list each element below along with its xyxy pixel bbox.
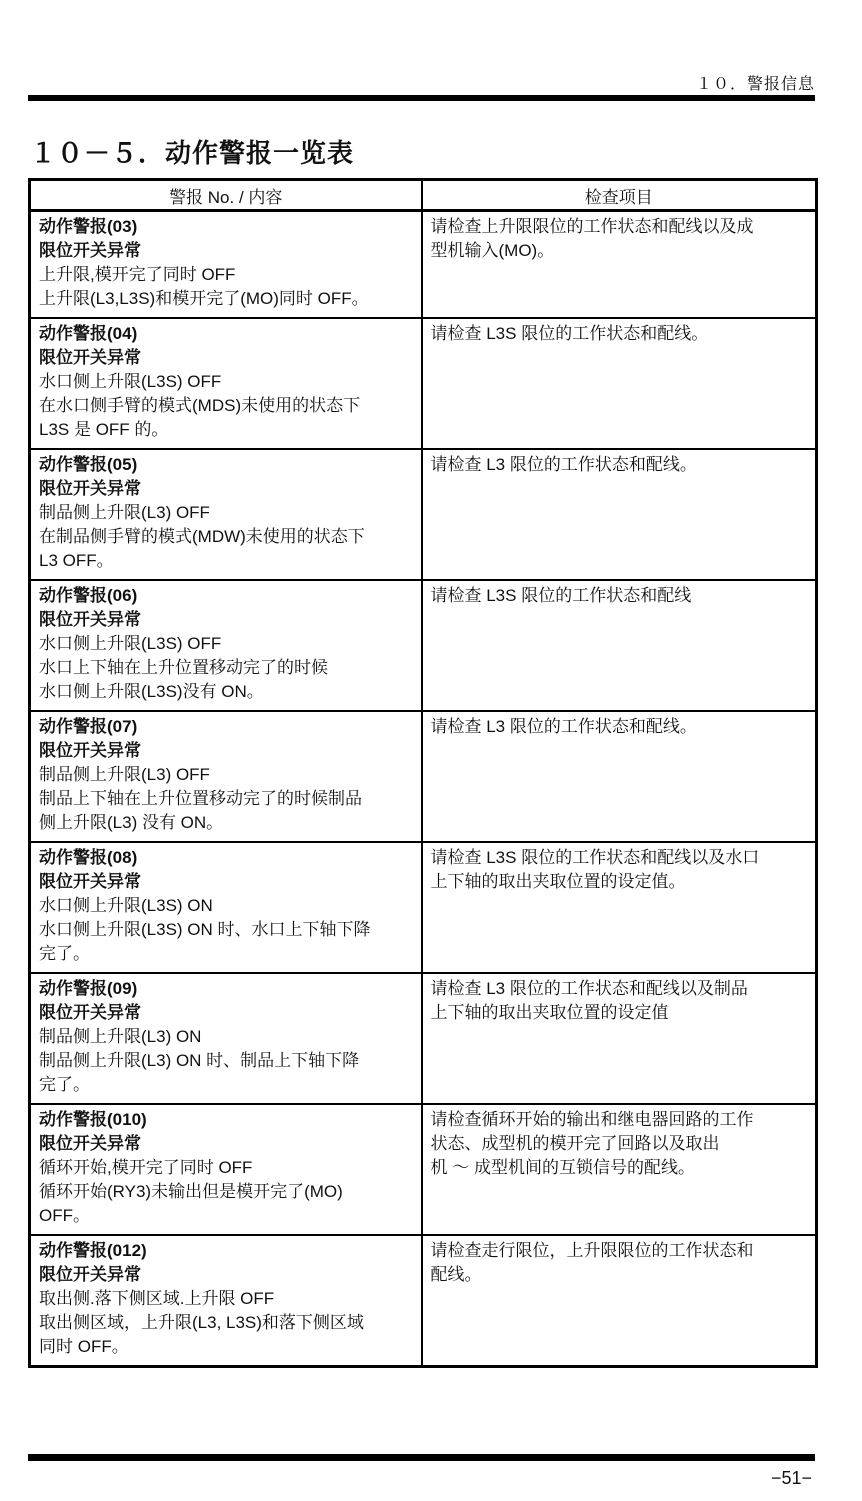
- alarm-no: 动作警报(08): [39, 846, 413, 870]
- table-row: 动作警报(04) 限位开关异常 水口侧上升限(L3S) OFF 在水口侧手臂的模…: [30, 318, 817, 449]
- check-text: 请检查走行限位，上升限限位的工作状态和 配线。: [431, 1239, 808, 1287]
- check-cell: 请检查 L3 限位的工作状态和配线。: [422, 711, 817, 842]
- check-text: 请检查 L3S 限位的工作状态和配线以及水口 上下轴的取出夹取位置的设定值。: [431, 846, 808, 894]
- check-cell: 请检查 L3S 限位的工作状态和配线以及水口 上下轴的取出夹取位置的设定值。: [422, 842, 817, 973]
- check-cell: 请检查循环开始的输出和继电器回路的工作 状态、成型机的模开完了回路以及取出 机 …: [422, 1104, 817, 1235]
- alarm-detail: 取出侧.落下侧区域.上升限 OFF 取出侧区域，上升限(L3, L3S)和落下侧…: [39, 1287, 413, 1359]
- check-cell: 请检查上升限限位的工作状态和配线以及成 型机输入(MO)。: [422, 211, 817, 319]
- check-cell: 请检查 L3S 限位的工作状态和配线。: [422, 318, 817, 449]
- alarm-cell: 动作警报(04) 限位开关异常 水口侧上升限(L3S) OFF 在水口侧手臂的模…: [30, 318, 422, 449]
- alarm-no: 动作警报(012): [39, 1239, 413, 1263]
- alarm-cell: 动作警报(010) 限位开关异常 循环开始,模开完了同时 OFF 循环开始(RY…: [30, 1104, 422, 1235]
- header-rule: [28, 95, 815, 101]
- alarm-cell: 动作警报(05) 限位开关异常 制品侧上升限(L3) OFF 在制品侧手臂的模式…: [30, 449, 422, 580]
- alarm-cell: 动作警报(06) 限位开关异常 水口侧上升限(L3S) OFF 水口上下轴在上升…: [30, 580, 422, 711]
- alarm-detail: 水口侧上升限(L3S) OFF 在水口侧手臂的模式(MDS)未使用的状态下 L3…: [39, 370, 413, 442]
- table-header-row: 警报 No. / 内容 检查项目: [30, 180, 817, 211]
- alarm-cell: 动作警报(07) 限位开关异常 制品侧上升限(L3) OFF 制品上下轴在上升位…: [30, 711, 422, 842]
- page-number: −51−: [771, 1468, 812, 1489]
- alarm-category: 限位开关异常: [39, 1263, 413, 1287]
- check-text: 请检查循环开始的输出和继电器回路的工作 状态、成型机的模开完了回路以及取出 机 …: [431, 1108, 808, 1180]
- alarm-detail: 制品侧上升限(L3) OFF 制品上下轴在上升位置移动完了的时候制品 侧上升限(…: [39, 763, 413, 835]
- alarm-detail: 制品侧上升限(L3) ON 制品侧上升限(L3) ON 时、制品上下轴下降 完了…: [39, 1025, 413, 1097]
- check-text: 请检查 L3 限位的工作状态和配线。: [431, 715, 808, 739]
- chapter-header: １０．警报信息: [696, 71, 815, 94]
- column-header-check: 检查项目: [422, 180, 817, 211]
- alarm-detail: 水口侧上升限(L3S) ON 水口侧上升限(L3S) ON 时、水口上下轴下降 …: [39, 894, 413, 966]
- alarm-category: 限位开关异常: [39, 1132, 413, 1156]
- alarm-category: 限位开关异常: [39, 739, 413, 763]
- alarm-detail: 水口侧上升限(L3S) OFF 水口上下轴在上升位置移动完了的时候 水口侧上升限…: [39, 632, 413, 704]
- alarm-detail: 制品侧上升限(L3) OFF 在制品侧手臂的模式(MDW)未使用的状态下 L3 …: [39, 501, 413, 573]
- table-row: 动作警报(09) 限位开关异常 制品侧上升限(L3) ON 制品侧上升限(L3)…: [30, 973, 817, 1104]
- alarm-no: 动作警报(06): [39, 584, 413, 608]
- alarm-cell: 动作警报(012) 限位开关异常 取出侧.落下侧区域.上升限 OFF 取出侧区域…: [30, 1235, 422, 1367]
- alarm-cell: 动作警报(09) 限位开关异常 制品侧上升限(L3) ON 制品侧上升限(L3)…: [30, 973, 422, 1104]
- alarm-category: 限位开关异常: [39, 870, 413, 894]
- table-row: 动作警报(012) 限位开关异常 取出侧.落下侧区域.上升限 OFF 取出侧区域…: [30, 1235, 817, 1367]
- column-header-alarm: 警报 No. / 内容: [30, 180, 422, 211]
- table-row: 动作警报(06) 限位开关异常 水口侧上升限(L3S) OFF 水口上下轴在上升…: [30, 580, 817, 711]
- check-text: 请检查 L3S 限位的工作状态和配线。: [431, 322, 808, 346]
- table-row: 动作警报(08) 限位开关异常 水口侧上升限(L3S) ON 水口侧上升限(L3…: [30, 842, 817, 973]
- table-row: 动作警报(010) 限位开关异常 循环开始,模开完了同时 OFF 循环开始(RY…: [30, 1104, 817, 1235]
- alarm-no: 动作警报(05): [39, 453, 413, 477]
- alarm-category: 限位开关异常: [39, 239, 413, 263]
- alarm-no: 动作警报(010): [39, 1108, 413, 1132]
- alarm-category: 限位开关异常: [39, 477, 413, 501]
- alarm-category: 限位开关异常: [39, 608, 413, 632]
- check-cell: 请检查 L3 限位的工作状态和配线以及制品 上下轴的取出夹取位置的设定值: [422, 973, 817, 1104]
- table-row: 动作警报(07) 限位开关异常 制品侧上升限(L3) OFF 制品上下轴在上升位…: [30, 711, 817, 842]
- footer-rule: [28, 1454, 815, 1461]
- alarm-no: 动作警报(07): [39, 715, 413, 739]
- table-row: 动作警报(05) 限位开关异常 制品侧上升限(L3) OFF 在制品侧手臂的模式…: [30, 449, 817, 580]
- check-cell: 请检查 L3 限位的工作状态和配线。: [422, 449, 817, 580]
- table-row: 动作警报(03) 限位开关异常 上升限,模开完了同时 OFF 上升限(L3,L3…: [30, 211, 817, 319]
- alarm-no: 动作警报(03): [39, 215, 413, 239]
- alarm-detail: 上升限,模开完了同时 OFF 上升限(L3,L3S)和模开完了(MO)同时 OF…: [39, 263, 413, 311]
- alarm-cell: 动作警报(08) 限位开关异常 水口侧上升限(L3S) ON 水口侧上升限(L3…: [30, 842, 422, 973]
- alarm-no: 动作警报(09): [39, 977, 413, 1001]
- check-cell: 请检查 L3S 限位的工作状态和配线: [422, 580, 817, 711]
- check-cell: 请检查走行限位，上升限限位的工作状态和 配线。: [422, 1235, 817, 1367]
- page-title: １０－５．动作警报一览表: [30, 133, 354, 170]
- check-text: 请检查 L3 限位的工作状态和配线以及制品 上下轴的取出夹取位置的设定值: [431, 977, 808, 1025]
- alarm-no: 动作警报(04): [39, 322, 413, 346]
- alarm-category: 限位开关异常: [39, 1001, 413, 1025]
- alarm-table: 警报 No. / 内容 检查项目 动作警报(03) 限位开关异常 上升限,模开完…: [28, 178, 818, 1368]
- alarm-cell: 动作警报(03) 限位开关异常 上升限,模开完了同时 OFF 上升限(L3,L3…: [30, 211, 422, 319]
- check-text: 请检查 L3S 限位的工作状态和配线: [431, 584, 808, 608]
- check-text: 请检查上升限限位的工作状态和配线以及成 型机输入(MO)。: [431, 215, 808, 263]
- alarm-detail: 循环开始,模开完了同时 OFF 循环开始(RY3)未输出但是模开完了(MO) O…: [39, 1156, 413, 1228]
- check-text: 请检查 L3 限位的工作状态和配线。: [431, 453, 808, 477]
- alarm-category: 限位开关异常: [39, 346, 413, 370]
